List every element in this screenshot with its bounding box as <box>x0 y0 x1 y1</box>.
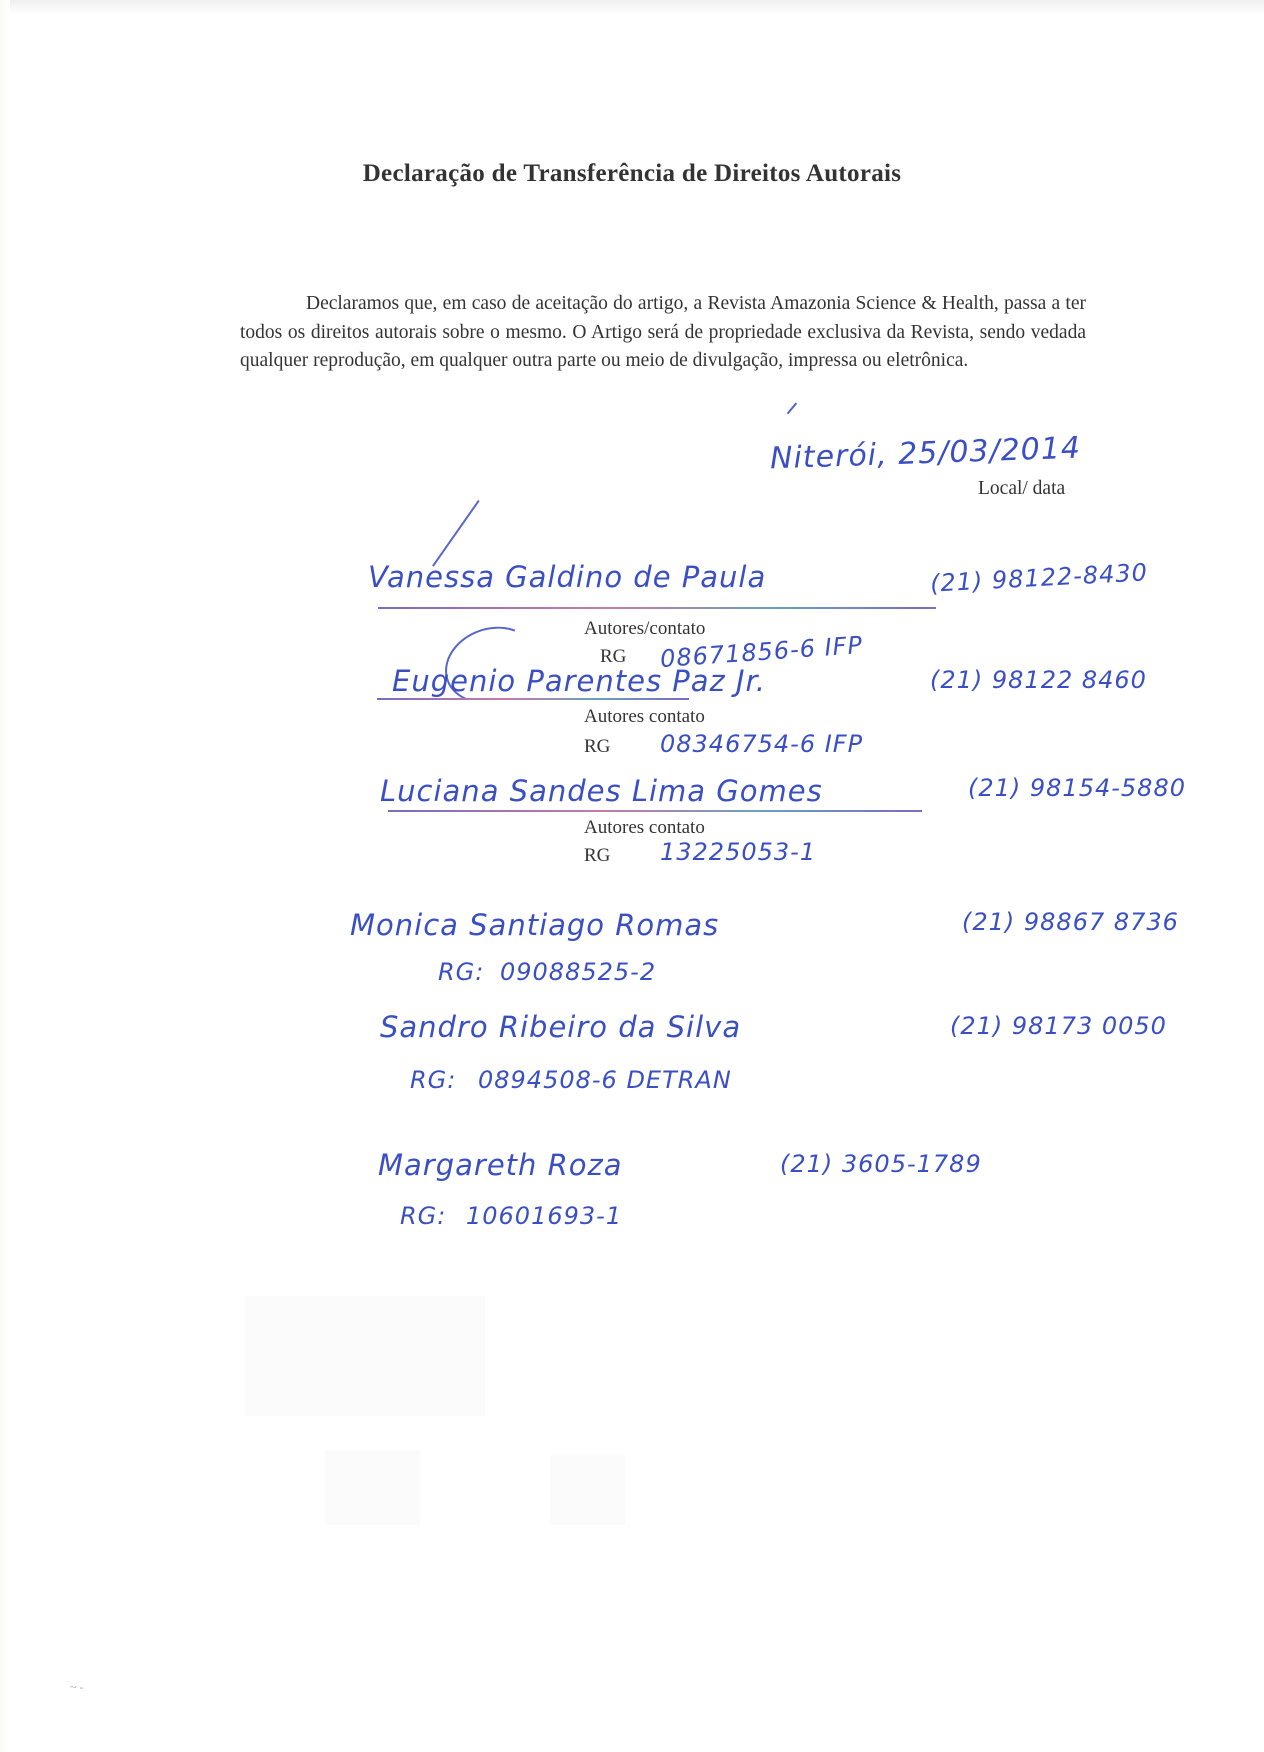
bleed-through-block <box>245 1296 485 1416</box>
author-2-rg-label: RG <box>584 736 610 758</box>
author-3-phone: (21) 98154-5880 <box>968 774 1186 802</box>
pen-tick <box>787 402 804 419</box>
bleed-through-block <box>550 1455 625 1525</box>
document-title: Declaração de Transferência de Direitos … <box>0 160 1264 188</box>
author-6-rg: 10601693-1 <box>466 1202 622 1230</box>
signature-line-2 <box>377 698 689 700</box>
author-2-label: Autores contato <box>584 706 705 728</box>
author-1-phone: (21) 98122-8430 <box>929 558 1148 597</box>
author-6-phone: (21) 3605-1789 <box>780 1150 982 1178</box>
author-1-signature: Vanessa Galdino de Paula <box>368 560 766 594</box>
declaration-text: Declaramos que, em caso de aceitação do … <box>240 293 1086 371</box>
signature-flourish <box>432 500 480 567</box>
scan-speck: ~ - <box>70 1680 84 1695</box>
author-4-rg: 09088525-2 <box>500 958 656 986</box>
author-5-rg: 0894508-6 DETRAN <box>478 1066 732 1094</box>
author-3-rg: 13225053-1 <box>660 838 816 866</box>
declaration-paragraph: Declaramos que, em caso de aceitação do … <box>240 290 1086 376</box>
author-4-rg-label: RG: <box>438 958 484 986</box>
place-date-label: Local/ data <box>978 478 1065 500</box>
signature-line-3 <box>388 810 922 812</box>
author-6-signature: Margareth Roza <box>378 1148 623 1182</box>
author-2-signature: Eugenio Parentes Paz Jr. <box>392 664 766 698</box>
author-6-rg-label: RG: <box>400 1202 446 1230</box>
author-3-rg-label: RG <box>584 845 610 867</box>
signature-line-1 <box>378 607 936 609</box>
author-2-rg: 08346754-6 IFP <box>660 730 863 758</box>
place-date-handwritten: Niterói, 25/03/2014 <box>769 431 1081 477</box>
author-1-label: Autores/contato <box>584 618 705 640</box>
author-3-signature: Luciana Sandes Lima Gomes <box>380 774 823 808</box>
author-5-phone: (21) 98173 0050 <box>950 1012 1167 1040</box>
author-3-label: Autores contato <box>584 817 705 839</box>
scan-edge-left <box>0 0 10 1752</box>
author-4-signature: Monica Santiago Romas <box>350 908 719 942</box>
author-5-signature: Sandro Ribeiro da Silva <box>380 1010 741 1044</box>
scan-edge-top <box>0 0 1264 14</box>
author-2-phone: (21) 98122 8460 <box>930 666 1147 694</box>
author-5-rg-label: RG: <box>410 1066 456 1094</box>
bleed-through-block <box>325 1450 420 1525</box>
author-4-phone: (21) 98867 8736 <box>962 908 1179 936</box>
